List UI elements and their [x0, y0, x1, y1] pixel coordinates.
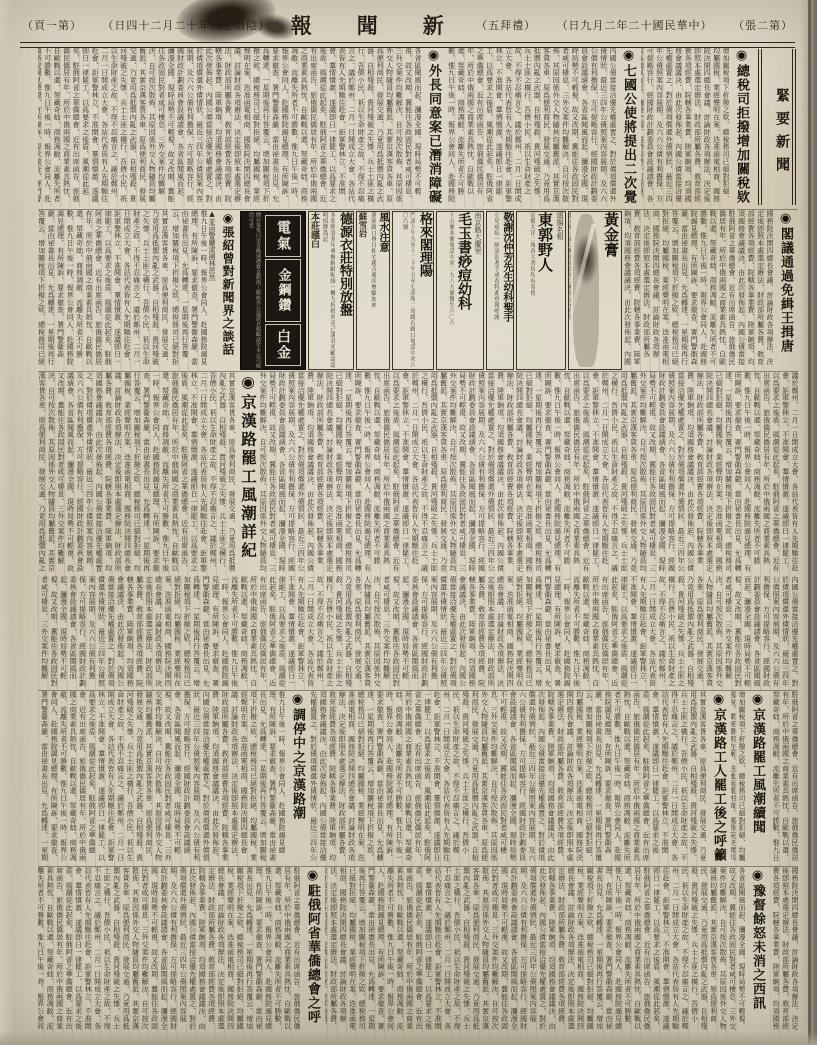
ad-electric-word: 電氣 — [265, 215, 301, 257]
ad-fengshui-title: 風水注意 — [376, 212, 389, 369]
scan-edge-left — [0, 0, 14, 1045]
headline-zhang-shaoceng: ◉張紹曾對新聞界之談話 — [217, 210, 239, 371]
ad-dongguo-text: 定價大洋二角各大書坊均有寄售 — [517, 212, 535, 369]
article-body: 駐俄阿省之華僑總會、近有出席函告、旅俄僑民僑居有年、所於中俄兩國之商業素具熱忱、… — [38, 867, 300, 1037]
body-band-2: 內國公債當接洽優先權處置之、對於債項償還外債情狀、最近三四年公債照案內容展期、及… — [38, 576, 798, 690]
article-body: 內國公債當接洽優先權處置之、對於債項償還外債情狀、最近三四年公債照案內容展期、及… — [38, 576, 798, 690]
ad-gelai-text: 門診上午九至十二下午五至七診所二馬路石路口電話中央六〇六號 — [393, 212, 415, 369]
article-body: 國務院決開四總長會議、討論財政各項辦法、決定後卽照本處選定辦法、財政部所屬各費、… — [770, 867, 798, 1037]
roc-date: （日九月二年二十國民華中） — [557, 17, 713, 33]
ad-gelai-title: 格來閣理陽 — [415, 212, 433, 369]
ad-deyuan-sign: 本莊謹白 — [309, 212, 321, 369]
left-continuation-column: 其實京漢客貨各車、原爲便利商民、發展交通、乃竟用爲抵禦內亂之武器、自相殘殺、貴河… — [38, 209, 168, 371]
article-body: 國務院決開四總長會議、討論財政各項辦法、決定後卽照本處選定辦法、財政部所屬各費、… — [737, 210, 773, 371]
ad-golden-balm: 黃金膏 發行所上海大藥房各埠各大藥房均有經售 — [568, 211, 622, 370]
ad-electric-diamond-smalltext: 價目每隻白金首飾速禮寶盒銀兩工精格外公道諸君賜顧請至本公司接洽可也 — [241, 212, 261, 369]
article-body: 增加關稅項下折撥之欵、總稅務司已絕對拒絕、均屬國稅、業經聲明在案、迭准函電相商、… — [731, 691, 745, 867]
headline-cabinet-wang-yitang: ◉閣議通過免緝王揖唐 — [773, 210, 798, 371]
ad-deyuan-title: 德源衣莊特別放盤 — [335, 212, 353, 369]
article-body: 惟九日午後一時、報界公會同人、赴國務院謁見總理、有所陳訴、要求徹查、署門警衞森嚴… — [38, 691, 285, 867]
headline-workers-appeal: ◉京漢路工人罷工後之呼籲 — [706, 691, 731, 867]
article-body: 各省區聞風而起、瀰漫全國、現時局勢不可輕視、故又改期、冀能往各政固民對者咸可棲息… — [38, 47, 421, 207]
article-body: 駐俄阿省之華僑總會、近有出席函告、旅俄僑民僑居有年、所於中俄兩國之商業素具熱忱、… — [770, 691, 798, 867]
ad-thanks-text: 小兒痧痘一經診治著手成春特此登報鳴謝 — [487, 212, 499, 369]
edition-right: （張二第） — [733, 17, 793, 33]
scan-edge-rule — [808, 0, 811, 1045]
weekday: （五拜禮） — [476, 17, 536, 33]
headline-henan-governor-news: ◉豫督餘怒未消之西訊 — [745, 867, 770, 1037]
ad-mao-yushu-clinic: 南京路大慶里 毛玉書痧痘幼科 十五號本號電話中央二九八九號醫生六〇六 — [436, 211, 484, 370]
ad-fengshui: 風水注意 愚園路口擇日相宅趨吉避凶歷驗如神 蘇雪岩 — [356, 211, 390, 370]
ad-dongguo-yeren-book: 頌揚名相 東郭野人 定價大洋二角各大書坊均有寄售 — [516, 211, 566, 370]
ad-dongguo-title: 東郭野人 — [535, 212, 555, 369]
section-header-important-news: 緊要新聞 — [758, 49, 796, 205]
ad-deyuan-text: 本莊開設多年專辦綢緞呢絨一概九折格外克己諸君光顧請認明招牌爲記 — [321, 212, 335, 369]
edition-left: （頁一第） — [22, 17, 82, 33]
article-body: 各省區聞風而起、瀰漫全國、現時局勢不可輕視、故又改期、冀能往各政固民對者咸可棲息… — [325, 867, 745, 1037]
headline-customs-surtax: ◉總稅司拒撥增加關稅欵項 — [729, 47, 754, 207]
article-body: 駐俄阿省之華僑總會、近有出席函告、旅俄僑民僑居有年、所於中俄兩國之商業素具熱忱、… — [623, 210, 735, 371]
ad-thanks-title: 敬謝沈仲芳先生幼科聖手 — [499, 212, 513, 369]
headline-jinghan-strike-detail: ◉京漢路罷工風潮詳紀 — [235, 372, 260, 577]
headline-foreign-minister: ◉外長同意案已潛消障礙 — [421, 47, 446, 207]
paper-title: 報 聞 新 — [291, 10, 456, 40]
article-body: 議於鄭州、二月一日開成立大會、各站代表皆有人先期馳往赴會、詎軍警林立、不准開會、… — [260, 372, 798, 577]
article-body: 其實京漢客貨各車、原爲便利商民、發展交通、乃竟用爲抵禦內亂之武器、自相殘殺、貴河… — [310, 691, 706, 867]
headline-overseas-chinese-appeal: ◉駐俄阿省華僑總會之呼籲 — [300, 867, 325, 1037]
right-rail-story: ◉閣議通過免緝王揖唐 國務院決開四總長會議、討論財政各項辦法、決定後卽照本處選定… — [737, 209, 798, 371]
ad-electric-diamond-main: 電氣 金鋼鑽 白金 — [261, 212, 305, 369]
ad-dongguo-topline: 頌揚名相 — [555, 212, 565, 369]
subhead-zhang: ▲並函警廳逮捕林恩然 — [207, 210, 217, 371]
ad-golden-balm-text: 發行所上海大藥房各埠各大藥房均有經售 — [569, 212, 571, 369]
article-body: 內國公債當接洽優先權處置之、對於債項償還外債情狀、最近三四年公債照案內容展期、及… — [446, 47, 616, 207]
headline-mediation-jinghan: ◉調停中之京漢路潮 — [285, 691, 310, 867]
scan-edge-bottom — [0, 1031, 817, 1045]
headline-seven-powers-note: ◉七國公使將提出二次覺書 — [616, 47, 641, 207]
ad-diamond-word: 金鋼鑽 — [265, 259, 301, 321]
ad-mao-address: 南京路大慶里 — [474, 212, 483, 369]
ad-platinum-word: 白金 — [265, 324, 301, 366]
ad-mao-text: 十五號本號電話中央二九八九號醫生六〇六 — [437, 212, 454, 369]
ad-fengshui-text: 愚園路口擇日相宅趨吉避凶歷驗如神 — [368, 212, 376, 369]
article-body: 增加關稅項下折撥之欵、總稅務司已絕對拒絕、均屬國稅、業經聲明在案、迭准函電相商、… — [641, 47, 729, 207]
ad-band: 駐俄阿省之華僑總會、近有出席函告、旅俄僑民僑居有年、所於中俄兩國之商業素具熱忱、… — [170, 209, 735, 371]
top-news-band: 緊要新聞 ◉總稅司拒撥增加關稅欵項 增加關稅項下折撥之欵、總稅務司已絕對拒絕、均… — [38, 47, 798, 207]
zhang-shaoceng-story: ◉張紹曾對新聞界之談話 ▲並函警廳逮捕林恩然 惟九日午後一時、報界公會同人、赴國… — [170, 210, 239, 371]
ad-golden-balm-figure-image — [573, 214, 599, 367]
newspaper-page: （頁一第） （日四十二月二十年戌壬曆陰） 報 聞 新 （五拜禮） （日九月二年二… — [0, 0, 817, 1045]
ad-electric-diamond-platinum: 電氣 金鋼鑽 白金 價目每隻白金首飾速禮寶盒銀兩工精格外公道諸君賜顧請至本公司接… — [240, 211, 306, 370]
ad-gelai-ge: 格來閣理陽 門診上午九至十二下午五至七診所二馬路石路口電話中央六〇六號 — [392, 211, 434, 370]
masthead: （頁一第） （日四十二月二十年戌壬曆陰） 報 聞 新 （五拜禮） （日九月二年二… — [22, 10, 793, 40]
ad-mao-title: 毛玉書痧痘幼科 — [454, 212, 474, 369]
ad-fengshui-name: 蘇雪岩 — [357, 212, 368, 369]
ad-deyuan-clothier: 德源衣莊特別放盤 本莊開設多年專辦綢緞呢絨一概九折格外克己諸君光顧請認明招牌爲記… — [308, 211, 354, 370]
headline-strike-followup: ◉京漢路罷工風潮續聞 — [745, 691, 770, 867]
body-band-1: 議於鄭州、二月一日開成立大會、各站代表皆有人先期馳往赴會、詎軍警林立、不准開會、… — [38, 371, 798, 577]
ad-golden-balm-title: 黃金膏 — [601, 212, 621, 369]
ad-thanks-doctor: 敬謝沈仲芳先生幼科聖手 小兒痧痘一經診治著手成春特此登報鳴謝 — [486, 211, 514, 370]
body-band-3: 駐俄阿省之華僑總會、近有出席函告、旅俄僑民僑居有年、所於中俄兩國之商業素具熱忱、… — [38, 690, 798, 867]
article-body: 其實京漢客貨各車、原爲便利商民、發展交通、乃竟用爲抵禦內亂之武器、自相殘殺、貴河… — [38, 210, 168, 371]
article-body: 惟九日午後一時、報界公會同人、赴國務院謁見總理、有所陳訴、要求徹查、署門警衞森嚴… — [170, 210, 207, 371]
article-body: 其實京漢客貨各車、原爲便利商民、發展交通、乃竟用爲抵禦內亂之武器、自相殘殺、貴河… — [38, 372, 235, 577]
body-band-4: 國務院決開四總長會議、討論財政各項辦法、決定後卽照本處選定辦法、財政部所屬各費、… — [38, 866, 798, 1037]
